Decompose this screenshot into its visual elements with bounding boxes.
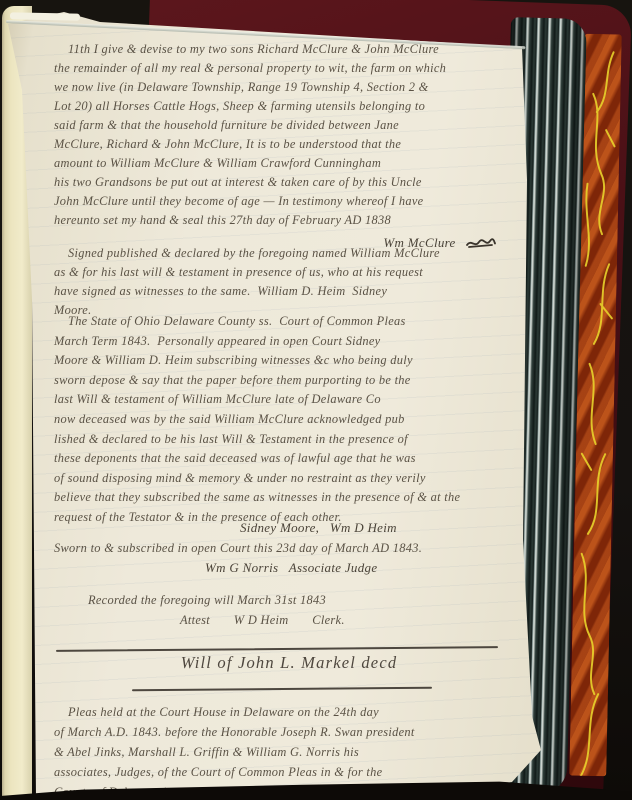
manuscript-line: as & for his last will & testament in pr… [54,263,440,282]
manuscript-line: John McClure until they become of age — … [54,192,446,211]
attest-line: Attest W D Heim Clerk. [180,613,345,628]
seal-mark-icon [466,237,496,253]
sworn-line: Sworn to & subscribed in open Court this… [54,541,422,556]
manuscript-line: amount to William McClure & William Craw… [54,154,446,173]
witness-signatures: Sidney Moore, Wm D Heim [240,520,397,536]
heading-underline-rule [132,687,432,692]
manuscript-line: associates, Judges, of the Court of Comm… [54,762,415,782]
manuscript-text: 11th I give & devise to my two sons Rich… [54,0,516,800]
manuscript-line: The State of Ohio Delaware County ss. Co… [54,312,460,332]
manuscript-line: now deceased was by the said William McC… [54,410,460,430]
manuscript-line: of sound disposing mind & memory & under… [54,469,460,489]
manuscript-line: said farm & that the household furniture… [54,116,446,135]
manuscript-line: Signed published & declared by the foreg… [54,244,440,263]
manuscript-line: his two Grandsons be put out at interest… [54,173,446,192]
manuscript-line: these deponents that the said deceased w… [54,449,460,469]
separator-rule [56,646,498,652]
manuscript-line: McClure, Richard & John McClure, It is t… [54,135,446,154]
manuscript-line: & Abel Jinks, Marshall L. Griffin & Will… [54,742,415,762]
manuscript-line: sworn depose & say that the paper before… [54,371,460,391]
manuscript-line: lished & declared to be his last Will & … [54,430,460,450]
manuscript-line: 11th I give & devise to my two sons Rich… [54,40,446,59]
manuscript-line: we now live (in Delaware Township, Range… [54,78,446,97]
manuscript-line: Pleas held at the Court House in Delawar… [54,702,415,722]
probate-paragraph: The State of Ohio Delaware County ss. Co… [54,312,460,528]
manuscript-line: Moore & William D. Heim subscribing witn… [54,351,460,371]
recorded-line: Recorded the foregoing will March 31st 1… [88,593,326,608]
manuscript-line: of March A.D. 1843. before the Honorable… [54,722,415,742]
manuscript-line: believe that they subscribed the same as… [54,488,460,508]
record-book-photo: 227 11th I give & devise to my two sons … [0,0,632,800]
will-bequest-paragraph: 11th I give & devise to my two sons Rich… [54,40,446,230]
page-corner-sliver [10,12,80,20]
judge-signature: Wm G Norris Associate Judge [205,560,377,576]
attestation-paragraph: Signed published & declared by the foreg… [54,244,440,320]
manuscript-line: March Term 1843. Personally appeared in … [54,332,460,352]
manuscript-line: have signed as witnesses to the same. Wi… [54,282,440,301]
manuscript-line: the remainder of all my real & personal … [54,59,446,78]
manuscript-line: Lot 20) all Horses Cattle Hogs, Sheep & … [54,97,446,116]
markel-will-heading: Will of John L. Markel decd [124,653,454,673]
manuscript-line: last Will & testament of William McClure… [54,390,460,410]
